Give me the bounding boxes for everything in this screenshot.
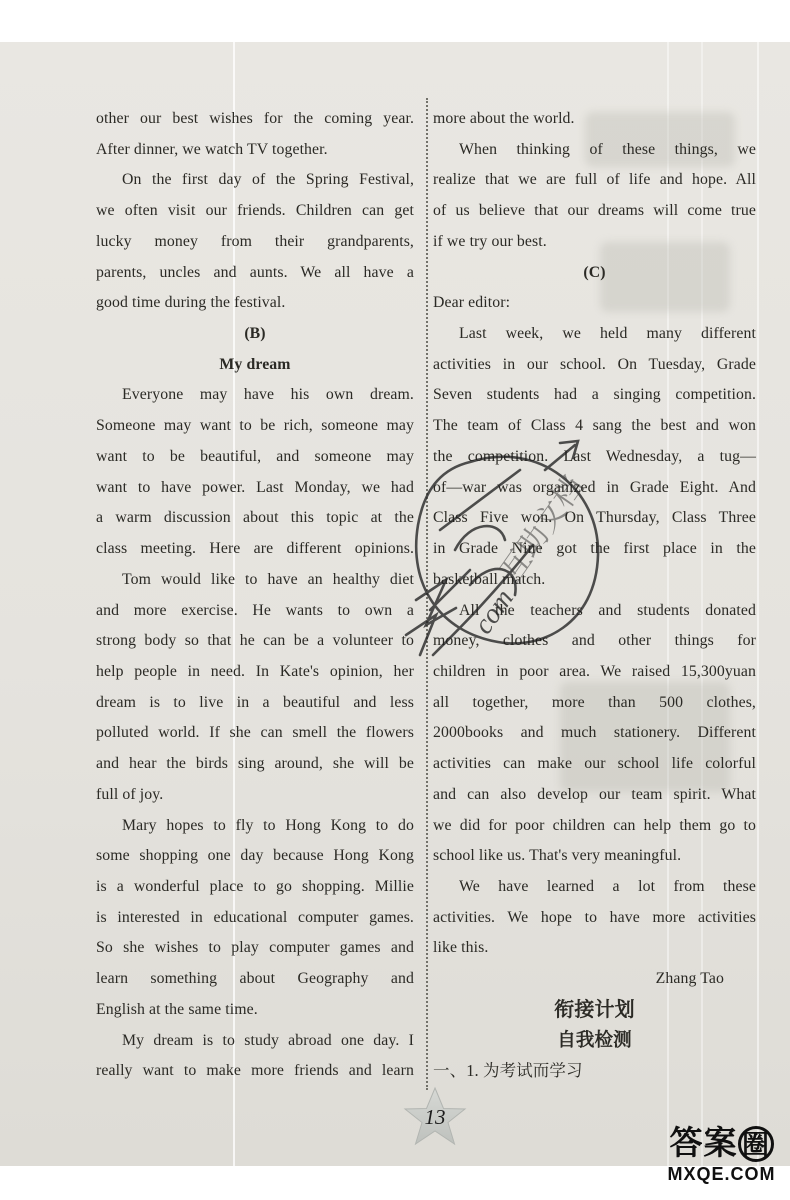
star-icon: 13 bbox=[403, 1086, 467, 1148]
text-line: full of joy. bbox=[96, 780, 414, 811]
text-line: parents, uncles and aunts. We all have a bbox=[96, 258, 414, 289]
brand-url-text: MXQE.COM bbox=[653, 1164, 790, 1185]
text-line: polluted world. If she can smell the flo… bbox=[96, 718, 414, 749]
text-line: English at the same time. bbox=[96, 995, 414, 1026]
text-line: Mary hopes to fly to Hong Kong to do bbox=[96, 811, 414, 842]
text-line: We have learned a lot from these bbox=[433, 872, 756, 903]
page-number-star: 13 bbox=[403, 1086, 467, 1148]
text-line: On the first day of the Spring Festival, bbox=[96, 165, 414, 196]
text-line: is a wonderful place to go shopping. Mil… bbox=[96, 872, 414, 903]
text-line: Seven students had a singing competition… bbox=[433, 380, 756, 411]
text-line: activities. We hope to have more activit… bbox=[433, 903, 756, 934]
text-line: My dream bbox=[96, 350, 414, 381]
text-line: 自我检测 bbox=[433, 1026, 756, 1057]
text-line: school like us. That's very meaningful. bbox=[433, 841, 756, 872]
stamp-arrow bbox=[545, 441, 578, 470]
paper-crease bbox=[757, 42, 759, 1166]
logo-char: 案 bbox=[704, 1126, 737, 1162]
text-line: 衔接计划 bbox=[433, 995, 756, 1026]
text-line: My dream is to study abroad one day. I bbox=[96, 1026, 414, 1057]
text-line: (C) bbox=[433, 258, 756, 289]
scanned-page: other our best wishes for the coming yea… bbox=[0, 0, 790, 1200]
text-line: really want to make more friends and lea… bbox=[96, 1056, 414, 1087]
text-line: activities in our school. On Tuesday, Gr… bbox=[433, 350, 756, 381]
text-line: want to have power. Last Monday, we had bbox=[96, 473, 414, 504]
text-line: a warm discussion about this topic at th… bbox=[96, 503, 414, 534]
text-line: learn something about Geography and bbox=[96, 964, 414, 995]
text-line: activities can make our school life colo… bbox=[433, 749, 756, 780]
paper-background: other our best wishes for the coming yea… bbox=[0, 42, 790, 1166]
text-line: So she wishes to play computer games and bbox=[96, 933, 414, 964]
text-line: Everyone may have his own dream. bbox=[96, 380, 414, 411]
text-line: all together, more than 500 clothes, bbox=[433, 688, 756, 719]
text-line: Zhang Tao bbox=[433, 964, 756, 995]
text-line: When thinking of these things, we bbox=[433, 135, 756, 166]
brand-logo: 答案圈 MXQE.COM bbox=[653, 1126, 790, 1185]
text-line: class meeting. Here are different opinio… bbox=[96, 534, 414, 565]
text-line: good time during the festival. bbox=[96, 288, 414, 319]
text-line: is interested in educational computer ga… bbox=[96, 903, 414, 934]
logo-char: 答 bbox=[670, 1126, 703, 1162]
text-line: Someone may want to be rich, someone may bbox=[96, 411, 414, 442]
brand-logo-characters: 答案圈 bbox=[653, 1126, 790, 1162]
watermark-latin-text: com bbox=[468, 584, 520, 640]
text-line: Last week, we held many different bbox=[433, 319, 756, 350]
watermark-chinese-text: 互助文档 bbox=[494, 471, 590, 588]
page-number: 13 bbox=[425, 1105, 446, 1129]
text-line: (B) bbox=[96, 319, 414, 350]
text-line: some shopping one day because Hong Kong bbox=[96, 841, 414, 872]
text-line: of us believe that our dreams will come … bbox=[433, 196, 756, 227]
left-column: other our best wishes for the coming yea… bbox=[96, 104, 414, 1087]
text-line: lucky money from their grandparents, bbox=[96, 227, 414, 258]
text-line: strong body so that he can be a voluntee… bbox=[96, 626, 414, 657]
text-line: After dinner, we watch TV together. bbox=[96, 135, 414, 166]
text-line: Tom would like to have an healthy diet bbox=[96, 565, 414, 596]
text-line: dream is to live in a beautiful and less bbox=[96, 688, 414, 719]
text-line: and more exercise. He wants to own a bbox=[96, 596, 414, 627]
text-line: more about the world. bbox=[433, 104, 756, 135]
text-line: we often visit our friends. Children can… bbox=[96, 196, 414, 227]
text-line: 一、1. 为考试而学习 bbox=[433, 1056, 756, 1087]
text-line: other our best wishes for the coming yea… bbox=[96, 104, 414, 135]
text-line: realize that we are full of life and hop… bbox=[433, 165, 756, 196]
text-line: and hear the birds sing around, she will… bbox=[96, 749, 414, 780]
text-line: and can also develop our team spirit. Wh… bbox=[433, 780, 756, 811]
logo-circle-char: 圈 bbox=[738, 1126, 774, 1162]
text-line: like this. bbox=[433, 933, 756, 964]
text-line: want to be beautiful, and someone may bbox=[96, 442, 414, 473]
text-line: 2000books and much stationery. Different bbox=[433, 718, 756, 749]
text-line: help people in need. In Kate's opinion, … bbox=[96, 657, 414, 688]
text-line: if we try our best. bbox=[433, 227, 756, 258]
text-line: we did for poor children can help them g… bbox=[433, 811, 756, 842]
watermark-stamp: com 互助文档 bbox=[398, 430, 613, 665]
text-line: Dear editor: bbox=[433, 288, 756, 319]
